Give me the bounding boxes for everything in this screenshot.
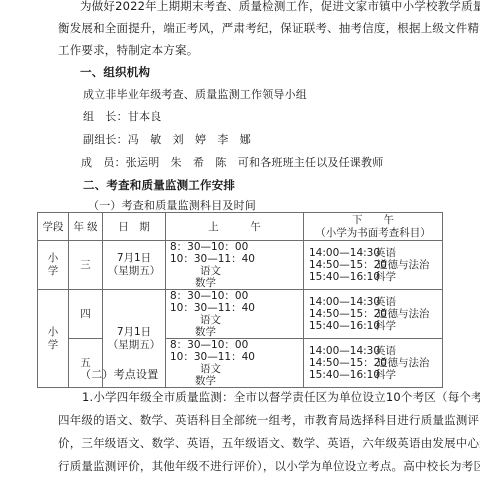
- table-header-row: 学段 年 级 日 期 上 午 下 午 （小学为书面考查科目）: [38, 213, 443, 241]
- subsection-1-title: （一）考查和质量监测科目及时间: [88, 199, 256, 213]
- header-afternoon-label: 下 午: [315, 214, 431, 227]
- group-members: 成 员：张运明 朱 希 陈 可和各班班主任以及任课教师: [81, 156, 383, 170]
- date-cell: 7月1日 （星期五）: [103, 241, 166, 290]
- subsection-2-title: （二）考点设置: [80, 368, 158, 382]
- section-1-title: 一、组织机构: [80, 65, 150, 79]
- afternoon-cell: 14:00—14:30英语 14:50—15：20道德与法治 15:40—16:…: [304, 290, 443, 339]
- exam-schedule-table: 学段 年 级 日 期 上 午 下 午 （小学为书面考查科目） 小 学 三: [37, 212, 443, 388]
- afternoon-cell: 14:00—14:30英语 14:50—15：20道德与法治 15:40—16:…: [304, 339, 443, 388]
- header-afternoon: 下 午 （小学为书面考查科目）: [304, 213, 443, 241]
- header-afternoon-note: （小学为书面考查科目）: [315, 227, 431, 240]
- exam-site-line-3: 价，三年级语文、数学、英语，五年级语文、数学、英语，六年级英语由发展中心进: [58, 436, 480, 450]
- table-row: 小 学 四 7月1日 （星期五） 8：30—10：00 10：30—11：40 …: [38, 290, 443, 339]
- morning-cell: 8：30—10：00 10：30—11：40 语文 数学: [166, 241, 304, 290]
- section-2-title: 二、考查和质量监测工作安排: [83, 178, 235, 192]
- header-date: 日 期: [103, 213, 166, 241]
- morning-cell: 8：30—10：00 10：30—11：40 语文 数学: [166, 339, 304, 388]
- header-grade: 年 级: [69, 213, 103, 241]
- leadership-group-name: 成立非毕业年级考查、质量监测工作领导小组: [83, 88, 307, 102]
- header-morning: 上 午: [166, 213, 304, 241]
- exam-site-line-2: 四年级的语文、数学、英语科目全部统一组考，市教育局选择科目进行质量监测评: [58, 413, 479, 427]
- deputy-leaders: 副组长：冯 敏 刘 婷 李 娜: [83, 133, 251, 147]
- header-stage: 学段: [38, 213, 69, 241]
- afternoon-cell: 14:00—14:30英语 14:50—15：20道德与法治 15:40—16:…: [304, 241, 443, 290]
- intro-line-3: 工作要求，特制定本方案。: [58, 43, 198, 57]
- intro-line-2: 衡发展和全面提升，端正考风，严肃考纪，保证联考、抽考信度，根据上级文件精神: [58, 21, 480, 35]
- table-row: 小 学 三 7月1日 （星期五） 8：30—10：00 10：30—11：40 …: [38, 241, 443, 290]
- morning-cell: 8：30—10：00 10：30—11：40 语文 数学: [166, 290, 304, 339]
- grade-cell: 四: [69, 290, 103, 339]
- group-leader: 组 长：甘本良: [83, 110, 161, 124]
- grade-cell: 三: [69, 241, 103, 290]
- stage-cell: 小 学: [38, 241, 69, 290]
- exam-site-line-1: 1.小学四年级全市质量监测：全市以督学责任区为单位设立10个考区（每个考区: [82, 390, 480, 404]
- intro-line-1: 为做好2022年上期期末考查、质量检测工作，促进文家市镇中小学校教学质量均: [80, 0, 480, 13]
- document-page: 为做好2022年上期期末考查、质量检测工作，促进文家市镇中小学校教学质量均 衡发…: [0, 0, 480, 480]
- exam-site-line-4: 行质量监测评价，其他年级不进行评价），以小学为单位设立考点。高中校长为考区: [58, 459, 480, 473]
- stage-cell: 小 学: [38, 290, 69, 388]
